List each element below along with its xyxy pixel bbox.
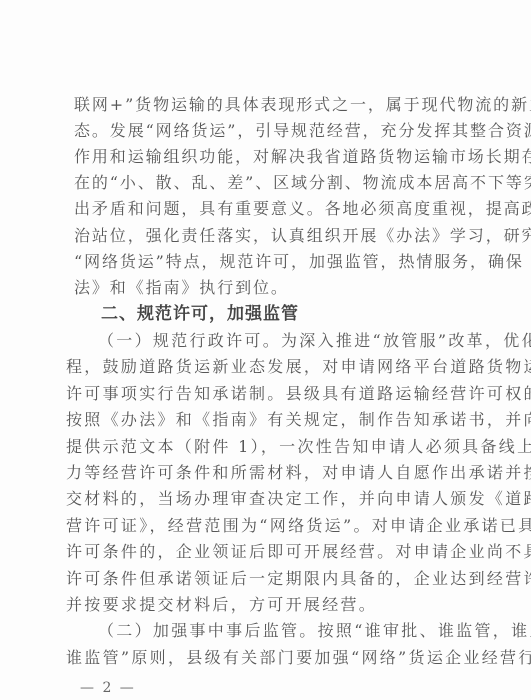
- text-line: 按照《办法》和《指南》有关规定，制作告知承诺书，并向申请人: [66, 410, 531, 430]
- text-line: 许可条件的，企业领证后即可开展经营。对申请企业尚不具备经营: [66, 542, 531, 562]
- text-line: 法》和《指南》执行到位。: [74, 278, 289, 298]
- text-line: “网络货运”特点，规范许可，加强监管，热情服务，确保《办: [74, 252, 531, 272]
- text-line: （一）规范行政许可。为深入推进“放管服”改革，优化许可流: [98, 331, 531, 351]
- text-line: （二）加强事中事后监管。按照“谁审批、谁监管，谁主管、: [98, 621, 531, 641]
- text-line: 治站位，强化责任落实，认真组织开展《办法》学习，研究: [74, 226, 531, 246]
- section-heading: 二、规范许可，加强监管: [101, 304, 299, 324]
- text-line: 谁监管”原则，县级有关部门要加强“网络”货运企业经营行为监管。: [66, 648, 531, 668]
- text-line: 力等经营许可条件和所需材料，对申请人自愿作出承诺并按要求提: [66, 463, 531, 483]
- text-line: 并按要求提交材料后，方可开展经营。: [66, 595, 377, 615]
- text-line: 提供示范文本（附件 1），一次性告知申请人必须具备线上服务能: [66, 437, 531, 457]
- text-line: 联网+”货物运输的具体表现形式之一，属于现代物流的新业: [74, 95, 531, 115]
- text-line: 出矛盾和问题，具有重要意义。各地必须高度重视，提高政: [74, 199, 531, 219]
- text-line: 许可条件但承诺领证后一定期限内具备的，企业达到经营许可条件: [66, 569, 531, 589]
- document-page: 联网+”货物运输的具体表现形式之一，属于现代物流的新业 态。发展“网络货运”，引…: [0, 0, 531, 700]
- page-number: — 2 —: [80, 680, 136, 696]
- text-line: 作用和运输组织功能，对解决我省道路货物运输市场长期存: [74, 147, 531, 167]
- text-line: 态。发展“网络货运”，引导规范经营，充分发挥其整合资源: [74, 121, 531, 141]
- text-line: 许可事项实行告知承诺制。县级具有道路运输经营许可权的部门要: [66, 384, 531, 404]
- text-line: 程，鼓励道路货运新业态发展，对申请网络平台道路货物运输经营: [66, 357, 531, 377]
- text-line: 营许可证》，经营范围为“网络货运”。对申请企业承诺已具备经营: [66, 516, 531, 536]
- text-line: 在的“小、散、乱、差”、区域分割、物流成本居高不下等突: [74, 173, 531, 193]
- text-line: 交材料的，当场办理审查决定工作，并向申请人颁发《道路运输经: [66, 489, 531, 509]
